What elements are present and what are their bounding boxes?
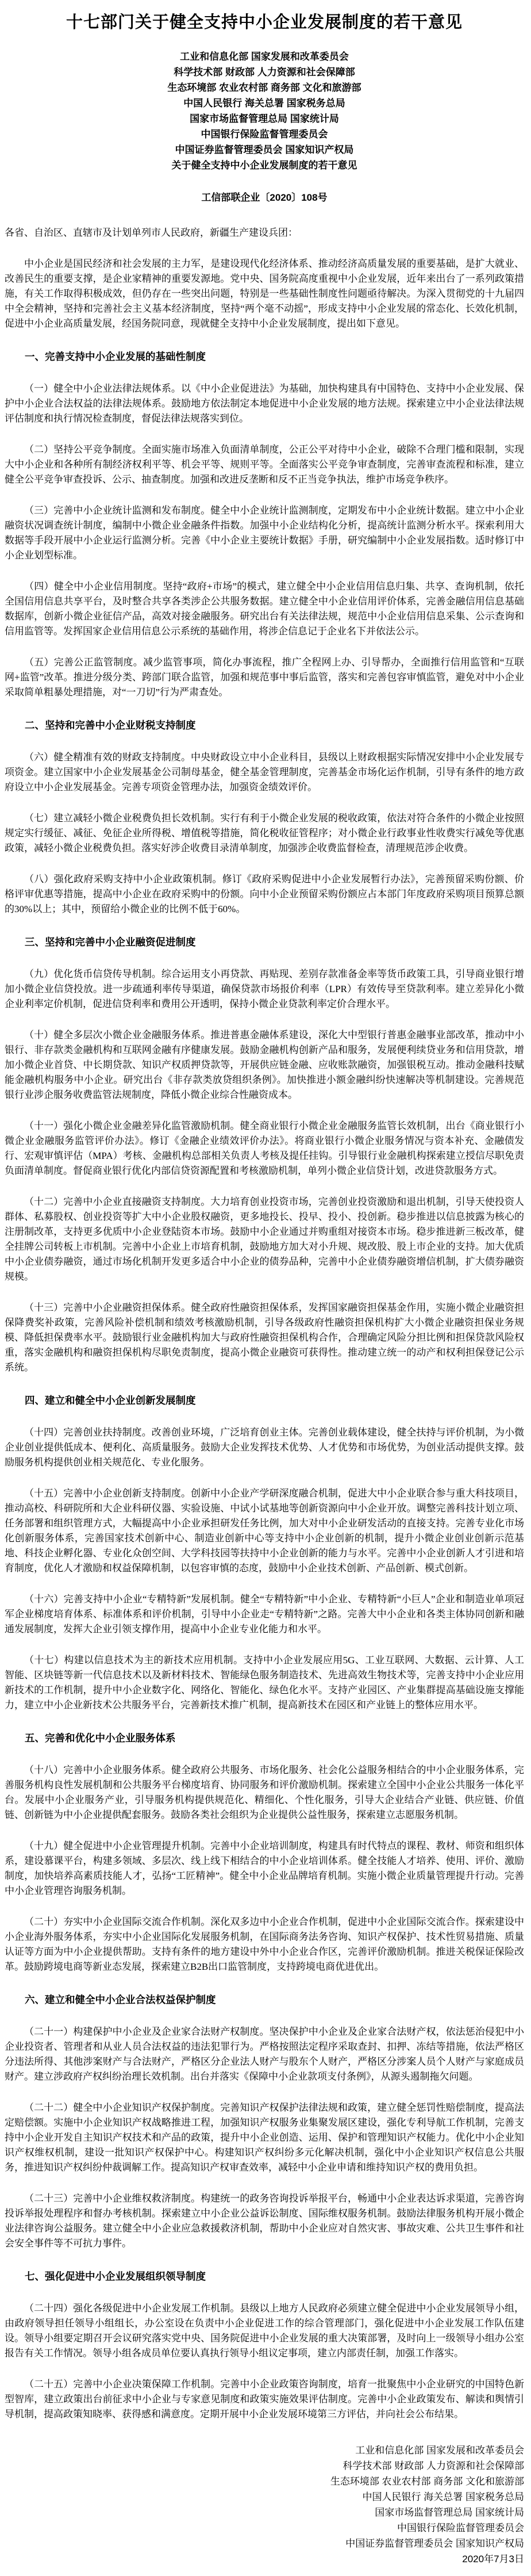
body-paragraph: （九）优化货币信贷传导机制。综合运用支小再贷款、再贴现、差别存款准备金率等货币政… (5, 967, 524, 1012)
signature-date: 2020年7月3日 (5, 2551, 524, 2567)
intro-paragraph: 中小企业是国民经济和社会发展的主力军，是建设现代化经济体系、推动经济高质量发展的… (5, 257, 524, 331)
body-paragraph: （二十三）完善中小企业维权救济制度。构建统一的政务咨询投诉举报平台，畅通中小企业… (5, 2191, 524, 2251)
signature-line: 工业和信息化部 国家发展和改革委员会 (5, 2443, 524, 2458)
document-title: 十七部门关于健全支持中小企业发展制度的若干意见 (5, 9, 524, 33)
department-line: 中国证券监督管理委员会 国家知识产权局 (5, 142, 524, 158)
signature-block: 工业和信息化部 国家发展和改革委员会 科学技术部 财政部 人力资源和社会保障部 … (5, 2443, 524, 2567)
body-paragraph: （十六）完善支持中小企业“专精特新”发展机制。健全“专精特新”中小企业、专精特新… (5, 1592, 524, 1637)
section-heading-3: 三、坚持和完善中小企业融资促进制度 (5, 935, 524, 949)
document-subtitle: 关于健全支持中小企业发展制度的若干意见 (5, 158, 524, 173)
document-number: 工信部联企业〔2020〕108号 (5, 189, 524, 204)
body-paragraph: （二）坚持公平竞争制度。全面实施市场准入负面清单制度，公正公平对待中小企业，破除… (5, 442, 524, 487)
body-paragraph: （七）建立减轻小微企业税费负担长效机制。实行有利于小微企业发展的税收政策，依法对… (5, 811, 524, 856)
section-heading-5: 五、完善和优化中小企业服务体系 (5, 1731, 524, 1745)
body-paragraph: （三）完善中小企业统计监测和发布制度。健全中小企业统计监测制度，定期发布中小企业… (5, 503, 524, 563)
department-line: 科学技术部 财政部 人力资源和社会保障部 (5, 64, 524, 80)
section-heading-6: 六、建立和健全中小企业合法权益保护制度 (5, 1992, 524, 2007)
body-paragraph: （十三）完善中小企业融资担保体系。健全政府性融资担保体系，发挥国家融资担保基金作… (5, 1300, 524, 1375)
department-line: 工业和信息化部 国家发展和改革委员会 (5, 49, 524, 64)
salutation: 各省、自治区、直辖市及计划单列市人民政府，新疆生产建设兵团： (5, 225, 524, 240)
body-paragraph: （二十）夯实中小企业国际交流合作机制。深化双多边中小企业合作机制，促进中小企业国… (5, 1915, 524, 1974)
body-paragraph: （十）健全多层次小微企业金融服务体系。推进普惠金融体系建设，深化大中型银行普惠金… (5, 1028, 524, 1103)
department-line: 中国银行保险监督管理委员会 (5, 127, 524, 142)
body-paragraph: （八）强化政府采购支持中小企业政策机制。修订《政府采购促进中小企业发展暂行办法》… (5, 872, 524, 917)
department-line: 生态环境部 农业农村部 商务部 文化和旅游部 (5, 80, 524, 95)
body-paragraph: （四）健全中小企业信用制度。坚持“政府+市场”的模式，建立健全中小企业信用信息归… (5, 579, 524, 639)
document-page: 十七部门关于健全支持中小企业发展制度的若干意见 工业和信息化部 国家发展和改革委… (0, 0, 531, 2576)
signature-line: 中国银行保险监督管理委员会 (5, 2520, 524, 2536)
issuing-departments-block: 工业和信息化部 国家发展和改革委员会 科学技术部 财政部 人力资源和社会保障部 … (5, 49, 524, 173)
signature-line: 中国人民银行 海关总署 国家税务总局 (5, 2489, 524, 2505)
body-paragraph: （六）健全精准有效的财政支持制度。中央财政设立中小企业科目，县级以上财政根据实际… (5, 750, 524, 795)
signature-line: 生态环境部 农业农村部 商务部 文化和旅游部 (5, 2474, 524, 2489)
body-paragraph: （十四）完善创业扶持制度。改善创业环境，广泛培育创业主体。完善创业载体建设，健全… (5, 1425, 524, 1470)
body-paragraph: （十五）完善中小企业创新支持制度。创新中小企业产学研深度融合机制，促进大中小企业… (5, 1486, 524, 1576)
body-paragraph: （二十四）强化各级促进中小企业发展工作机制。县级以上地方人民政府必须建立健全促进… (5, 2301, 524, 2361)
signature-line: 科学技术部 财政部 人力资源和社会保障部 (5, 2458, 524, 2474)
body-paragraph: （二十二）健全中小企业知识产权保护制度。完善知识产权保护法律法规和政策，建立健全… (5, 2100, 524, 2175)
body-paragraph: （十八）完善中小企业服务体系。健全政府公共服务、市场化服务、社会化公益服务相结合… (5, 1763, 524, 1823)
body-paragraph: （二十五）完善中小企业决策保障工作机制。完善中小企业政策咨询制度，培育一批聚焦中… (5, 2377, 524, 2422)
signature-line: 国家市场监督管理总局 国家统计局 (5, 2505, 524, 2520)
department-line: 国家市场监督管理总局 国家统计局 (5, 111, 524, 127)
section-heading-7: 七、强化促进中小企业发展组织领导制度 (5, 2269, 524, 2283)
body-paragraph: （一）健全中小企业法律法规体系。以《中小企业促进法》为基础，加快构建具有中国特色… (5, 381, 524, 426)
section-heading-4: 四、建立和健全中小企业创新发展制度 (5, 1393, 524, 1407)
body-paragraph: （十一）强化小微企业金融差异化监管激励机制。健全商业银行小微企业金融服务监管长效… (5, 1119, 524, 1178)
body-paragraph: （十七）构建以信息技术为主的新技术应用机制。支持中小企业发展应用5G、工业互联网… (5, 1653, 524, 1713)
body-paragraph: （二十一）构建保护中小企业及企业家合法财产权制度。坚决保护中小企业及企业家合法财… (5, 2024, 524, 2084)
section-heading-1: 一、完善支持中小企业发展的基础性制度 (5, 349, 524, 363)
body-paragraph: （五）完善公正监管制度。减少监管事项，简化办事流程，推广全程网上办、引导帮办，全… (5, 655, 524, 700)
department-line: 中国人民银行 海关总署 国家税务总局 (5, 95, 524, 111)
body-paragraph: （十二）完善中小企业直接融资支持制度。大力培育创业投资市场，完善创业投资激励和退… (5, 1195, 524, 1284)
body-paragraph: （十九）健全促进中小企业管理提升机制。完善中小企业培训制度，构建具有时代特点的课… (5, 1839, 524, 1898)
signature-line: 中国证券监督管理委员会 国家知识产权局 (5, 2536, 524, 2551)
section-heading-2: 二、坚持和完善中小企业财税支持制度 (5, 718, 524, 732)
